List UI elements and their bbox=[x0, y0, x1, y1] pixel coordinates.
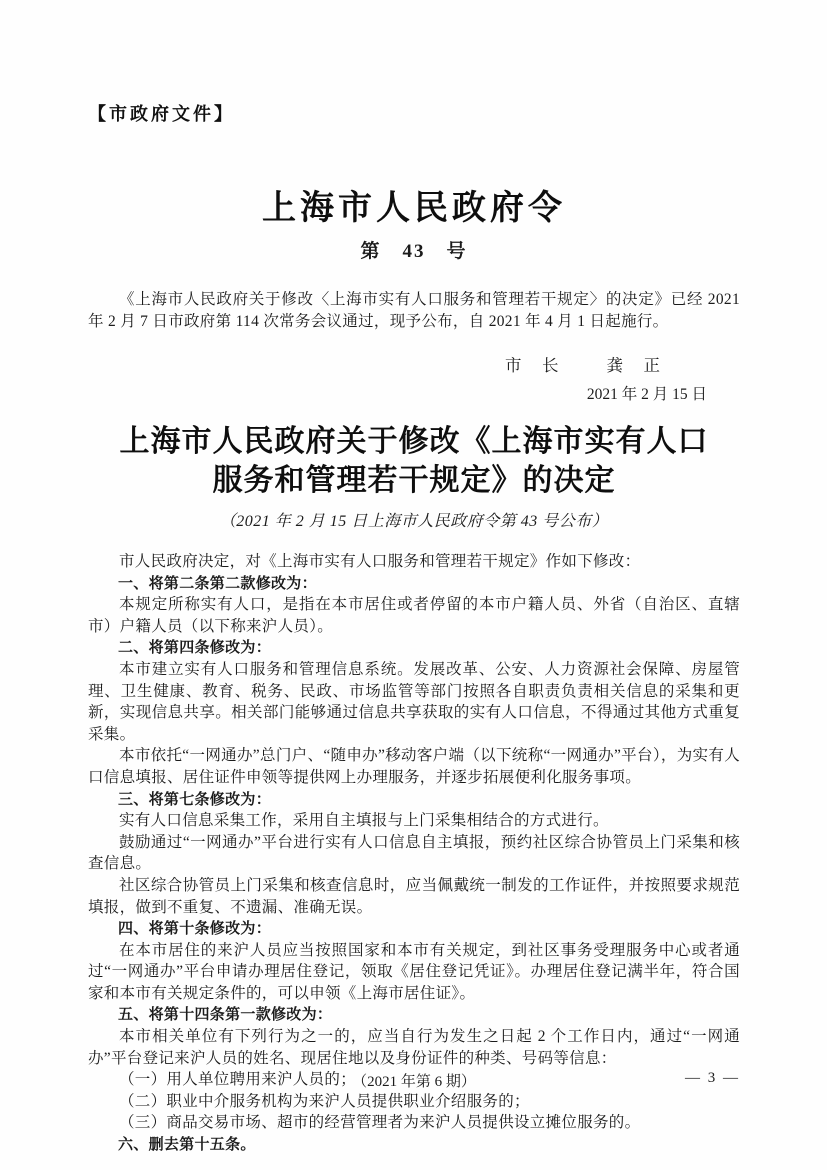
body-paragraph: （三）商品交易市场、超市的经营管理者为来沪人员提供设立摊位服务的。 bbox=[88, 1112, 740, 1134]
body-paragraph: 鼓励通过“一网通办”平台进行实有人口信息自主填报，预约社区综合协管员上门采集和核… bbox=[88, 832, 740, 875]
body-paragraph: 市人民政府决定，对《上海市实有人口服务和管理若干规定》作如下修改： bbox=[88, 551, 740, 573]
decision-title-line1: 上海市人民政府关于修改《上海市实有人口 bbox=[88, 422, 740, 461]
decision-title-line2: 服务和管理若干规定》的决定 bbox=[88, 461, 740, 500]
body-paragraph: 本市相关单位有下列行为之一的，应当自行为发生之日起 2 个工作日内，通过“一网通… bbox=[88, 1026, 740, 1069]
body-paragraph: 在本市居住的来沪人员应当按照国家和本市有关规定，到社区事务受理服务中心或者通过“… bbox=[88, 940, 740, 1005]
body-paragraph: 三、将第七条修改为： bbox=[88, 789, 740, 811]
body-paragraph: 实有人口信息采集工作，采用自主填报与上门采集相结合的方式进行。 bbox=[88, 810, 740, 832]
gazette-page: 【市政府文件】 上海市人民政府令 第 43 号 《上海市人民政府关于修改〈上海市… bbox=[0, 0, 827, 1170]
signer-title: 市 长 bbox=[505, 352, 561, 376]
page-number: — 3 — bbox=[685, 1070, 740, 1087]
body-paragraph: 四、将第十条修改为： bbox=[88, 918, 740, 940]
decision-body: 市人民政府决定，对《上海市实有人口服务和管理若干规定》作如下修改：一、将第二条第… bbox=[88, 551, 740, 1156]
decree-number: 第 43 号 bbox=[88, 236, 740, 263]
body-paragraph: 五、将第十四条第一款修改为： bbox=[88, 1004, 740, 1026]
page-footer: （2021 年第 6 期） — 3 — bbox=[88, 1070, 740, 1090]
decree-intro-paragraph: 《上海市人民政府关于修改〈上海市实有人口服务和管理若干规定〉的决定》已经 202… bbox=[88, 289, 740, 332]
body-paragraph: 一、将第二条第二款修改为： bbox=[88, 573, 740, 595]
decision-title: 上海市人民政府关于修改《上海市实有人口 服务和管理若干规定》的决定 bbox=[88, 422, 740, 500]
body-paragraph: 二、将第四条修改为： bbox=[88, 637, 740, 659]
decision-publish-note: （2021 年 2 月 15 日上海市人民政府令第 43 号公布） bbox=[88, 508, 740, 531]
signer-name: 龚 正 bbox=[607, 352, 663, 376]
body-paragraph: 本市建立实有人口服务和管理信息系统。发展改革、公安、人力资源社会保障、房屋管理、… bbox=[88, 659, 740, 745]
body-paragraph: 社区综合协管员上门采集和核查信息时，应当佩戴统一制发的工作证件，并按照要求规范填… bbox=[88, 875, 740, 918]
decree-title: 上海市人民政府令 bbox=[88, 180, 740, 229]
body-paragraph: 本市依托“一网通办”总门户、“随申办”移动客户端（以下统称“一网通办”平台），为… bbox=[88, 745, 740, 788]
signature-row: 市 长 龚 正 bbox=[88, 352, 740, 376]
section-header-label: 【市政府文件】 bbox=[88, 100, 740, 126]
gazette-issue: （2021 年第 6 期） bbox=[88, 1070, 740, 1091]
signature-date: 2021 年 2 月 15 日 bbox=[88, 382, 740, 404]
body-paragraph: （二）职业中介服务机构为来沪人员提供职业介绍服务的； bbox=[88, 1091, 740, 1113]
body-paragraph: 六、删去第十五条。 bbox=[88, 1134, 740, 1156]
body-paragraph: 本规定所称实有人口，是指在本市居住或者停留的本市户籍人员、外省（自治区、直辖市）… bbox=[88, 594, 740, 637]
